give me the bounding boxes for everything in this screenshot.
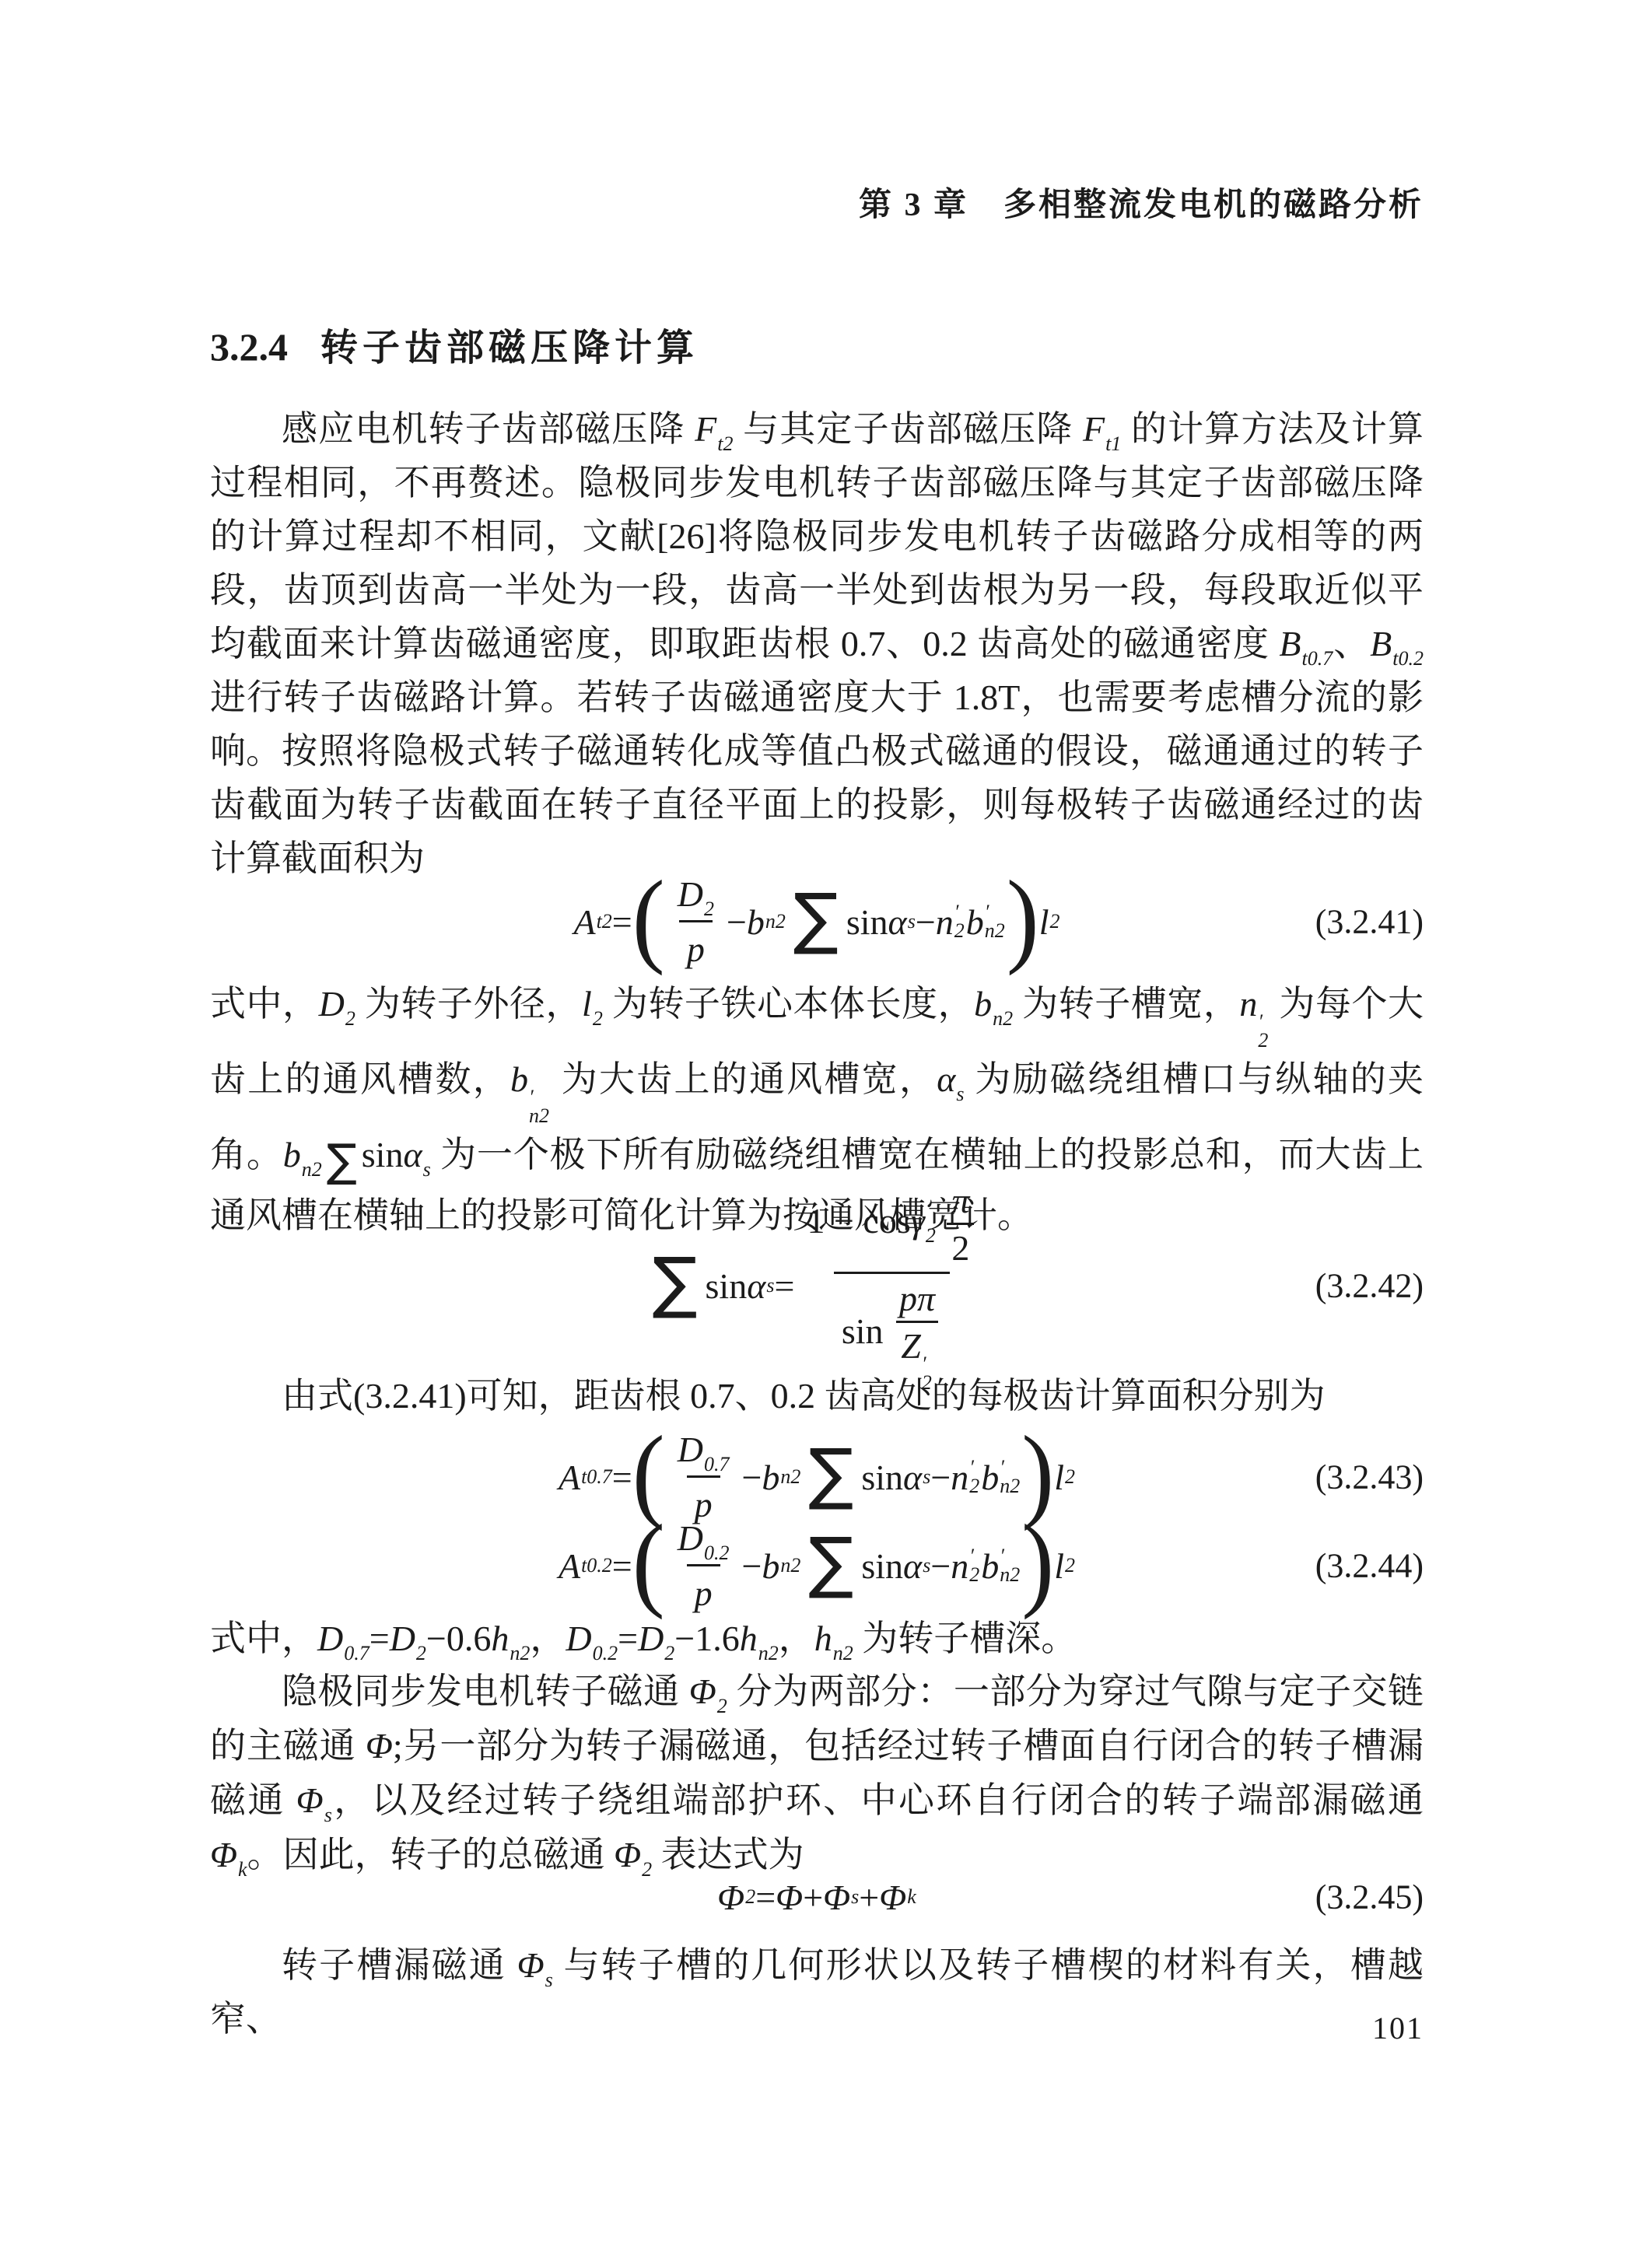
document-page: 第 3 章 多相整流发电机的磁路分析 3.2.4转子齿部磁压降计算 感应电机转子… xyxy=(0,0,1625,2268)
equation-number: (3.2.43) xyxy=(1315,1458,1424,1497)
equation-3-2-45: Φ2 = Φ + Φs + Φk (3.2.45) xyxy=(210,1874,1424,1920)
paragraph-2: 按照将隐极式转子磁通转化成等值凸极式磁通的假设，磁通通过的转子齿截面为转子齿截面… xyxy=(210,724,1424,885)
equation-3-2-44: At0.2 = (D0.2p − bn2∑sinαs − n′2b′n2)l2 … xyxy=(210,1517,1424,1615)
equation-body: At0.2 = (D0.2p − bn2∑sinαs − n′2b′n2)l2 xyxy=(559,1516,1075,1616)
equation-number: (3.2.44) xyxy=(1315,1546,1424,1586)
page-content: 第 3 章 多相整流发电机的磁路分析 3.2.4转子齿部磁压降计算 感应电机转子… xyxy=(210,0,1424,2268)
equation-number: (3.2.42) xyxy=(1315,1266,1424,1306)
section-heading-text: 转子齿部磁压降计算 xyxy=(320,327,699,369)
equation-3-2-42: ∑sinαs = 1 − cosγ2 π2sin pπZ′2 (3.2.42) xyxy=(210,1215,1424,1356)
paragraph-1: 感应电机转子齿部磁压降 Ft2 与其定子齿部磁压降 Ft1 的计算方法及计算过程… xyxy=(210,402,1424,778)
equation-number: (3.2.41) xyxy=(1315,902,1424,942)
equation-3-2-41: At2 = (D2p − bn2∑sinαs − n′2b′n2)l2 (3.2… xyxy=(210,870,1424,974)
paragraph-6: 隐极同步发电机转子磁通 Φ2 分为两部分：一部分为穿过气隙与定子交链的主磁通 Φ… xyxy=(210,1664,1424,1882)
paragraph-4: 由式(3.2.41)可知，距齿根 0.7、0.2 齿高处的每极齿计算面积分别为 xyxy=(210,1369,1424,1423)
equation-body: ∑sinαs = 1 − cosγ2 π2sin pπZ′2 xyxy=(645,1181,989,1391)
paragraph-5: 式中，D0.7=D2−0.6hn2，D0.2=D2−1.6hn2，hn2 为转子… xyxy=(210,1612,1424,1665)
equation-body: Φ2 = Φ + Φs + Φk xyxy=(717,1877,916,1918)
page-number: 101 xyxy=(210,2010,1424,2046)
running-header: 第 3 章 多相整流发电机的磁路分析 xyxy=(210,179,1424,226)
section-title: 3.2.4转子齿部磁压降计算 xyxy=(210,317,1424,371)
equation-body: At2 = (D2p − bn2∑sinαs − n′2b′n2)l2 xyxy=(573,872,1059,972)
equation-3-2-43: At0.7 = (D0.7p − bn2∑sinαs − n′2b′n2)l2 … xyxy=(210,1430,1424,1524)
equation-number: (3.2.45) xyxy=(1315,1878,1424,1917)
section-number: 3.2.4 xyxy=(210,325,288,369)
